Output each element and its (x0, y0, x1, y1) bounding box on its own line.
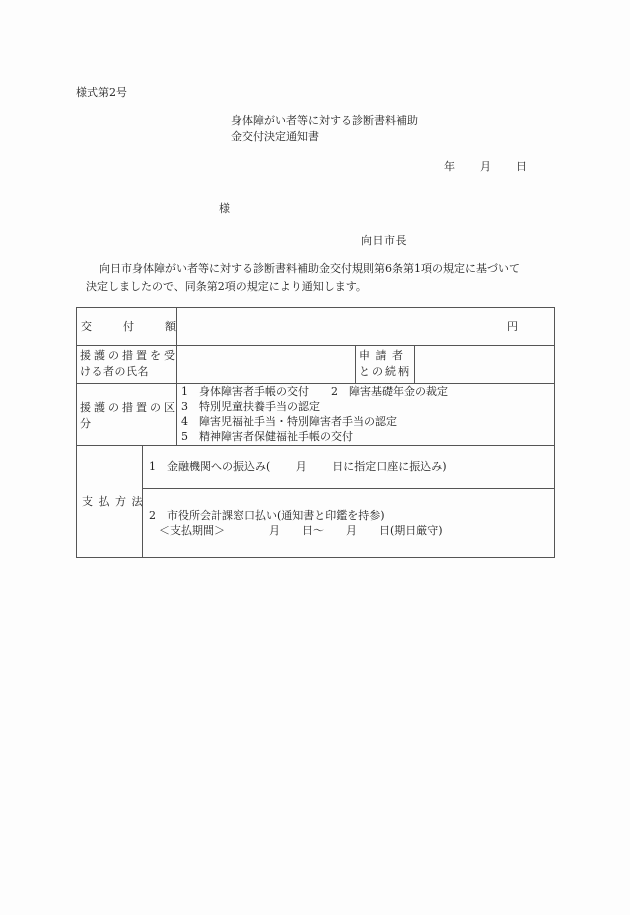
form-number: 様式第2号 (76, 86, 127, 100)
category-label-line1: 援護の措置の区 (80, 400, 178, 416)
recipient-name-field[interactable] (179, 348, 351, 380)
relation-label-line2: との続柄 (359, 364, 411, 380)
col-divider (414, 346, 415, 384)
relation-field[interactable] (418, 348, 548, 380)
col-divider (176, 308, 177, 446)
payment-option-bank-transfer: 1 金融機関への振込み( 月 日に指定口座に振込み) (149, 459, 447, 475)
body-text-line2: 決定しましたので、同条第2項の規定により通知します。 (86, 280, 367, 294)
recipient-label-line1: 援護の措置を受 (80, 348, 178, 364)
row-divider (77, 445, 554, 446)
notice-table: 交 付 額 円 援護の措置を受 ける者の氏名 申 請 者 との続柄 援護の措置の… (76, 307, 555, 558)
year-label: 年 (444, 160, 480, 174)
category-option-1-2: 1 身体障害者手帳の交付 2 障害基礎年金の裁定 (181, 384, 448, 399)
category-option-5: 5 精神障害者保健福祉手帳の交付 (181, 429, 353, 444)
payment-method-label: 支 払 方 法 (82, 494, 144, 510)
col-divider (355, 346, 356, 384)
relation-label-line1: 申 請 者 (359, 348, 404, 364)
document-title-line2: 金交付決定通知書 (231, 130, 319, 144)
body-text-line1: 向日市身体障がい者等に対する診断書料補助金交付規則第6条第1項の規定に基づいて (99, 262, 520, 276)
addressee-suffix: 様 (219, 202, 230, 216)
recipient-label-line2: ける者の氏名 (80, 364, 149, 380)
amount-field[interactable] (179, 319, 479, 335)
yen-unit: 円 (507, 319, 518, 335)
issuer: 向日市長 (361, 234, 407, 248)
payment-option-counter: 2 市役所会計課窓口払い(通知書と印鑑を持参) (149, 508, 385, 524)
payment-period: ＜支払期間＞ 月 日～ 月 日(期日厳守) (159, 523, 443, 539)
category-option-3: 3 特別児童扶養手当の認定 (181, 399, 320, 414)
category-option-4: 4 障害児福祉手当・特別障害者手当の認定 (181, 414, 397, 429)
document-title-line1: 身体障がい者等に対する診断書料補助 (231, 114, 418, 128)
category-label-line2: 分 (80, 416, 91, 432)
day-label: 日 (516, 160, 527, 174)
row-divider (77, 345, 554, 346)
row-divider (142, 488, 554, 489)
date-field: 年月日 (444, 160, 527, 174)
amount-label: 交 付 額 (81, 319, 176, 335)
month-label: 月 (480, 160, 516, 174)
